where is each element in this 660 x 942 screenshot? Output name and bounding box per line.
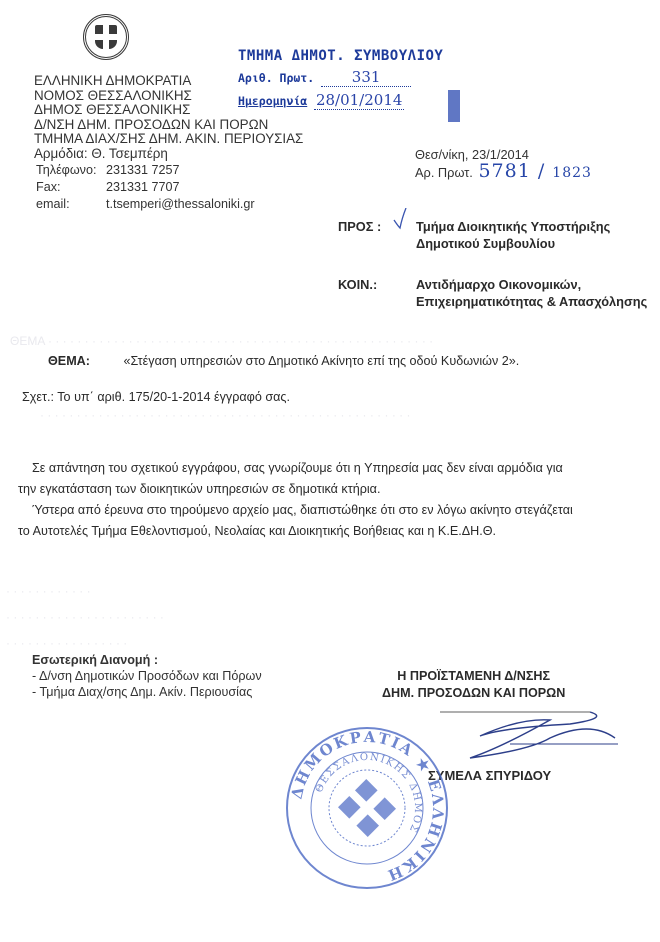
body-line: την εγκατάσταση των διοικητικών υπηρεσιώ…	[18, 479, 658, 500]
signature-title: Η ΠΡΟΪΣΤΑΜΕΝΗ Δ/ΝΣΗΣ ΔΗΜ. ΠΡΟΣΟΔΩΝ ΚΑΙ Π…	[382, 668, 565, 702]
body-line: Ύστερα από έρευνα στο τηρούμενο αρχείο μ…	[18, 500, 658, 521]
stamp-date-label: Ημερομηνία	[238, 94, 307, 108]
stamp-protocol-label: Αριθ. Πρωτ.	[238, 71, 314, 85]
distribution-item: - Δ/νση Δημοτικών Προσόδων και Πόρων	[32, 668, 262, 684]
contact-label: Fax:	[36, 179, 106, 196]
show-through-text: · · · · · · · · · · · ·	[6, 584, 91, 598]
letterhead-line: Δ/ΝΣΗ ΔΗΜ. ΠΡΟΣΟΔΩΝ ΚΑΙ ΠΟΡΩΝ	[34, 118, 303, 133]
stamp-protocol-value: 331	[352, 68, 381, 86]
distribution-item: - Τμήμα Διαχ/σης Δημ. Ακίν. Περιουσίας	[32, 684, 262, 700]
stamp-date: Ημερομηνία 28/01/2014	[238, 91, 443, 110]
greek-coat-of-arms-icon	[83, 14, 129, 60]
show-through-text: · · · · · · · · · · · · · · · · · · · · …	[40, 408, 411, 422]
letterhead-line: Αρμόδια: Θ. Τσεμπέρη	[34, 147, 303, 162]
email-link[interactable]: t.tsemperi@thessaloniki.gr	[106, 196, 255, 213]
protocol-label: Αρ. Πρωτ.	[415, 165, 473, 180]
contact-value: 231331 7257	[106, 162, 180, 179]
show-through-text: ΘΕΜΑ · · · · · · · · · · · · · · · · · ·…	[10, 334, 433, 348]
contact-label: Τηλέφωνο:	[36, 162, 106, 179]
stamp-title: ΤΜΗΜΑ ΔΗΜΟΤ. ΣΥΜΒΟΥΛΙΟΥ	[238, 48, 443, 64]
contact-email: email: t.tsemperi@thessaloniki.gr	[36, 196, 255, 213]
to-label: ΠΡΟΣ :	[338, 218, 408, 235]
cc-line: Επιχειρηματικότητας & Απασχόλησης	[416, 293, 647, 310]
protocol-number: Αρ. Πρωτ. 5781 / 1823	[415, 163, 592, 182]
subject: ΘΕΜΑ: «Στέγαση υπηρεσιών στο Δημοτικό Ακ…	[48, 354, 519, 368]
official-seal-icon: ΔΗΜΟΚΡΑΤΙΑ ★ ΕΛΛΗΝΙΚΗ ΘΕΣΣΑΛΟΝΙΚΗΣ ΔΗΜΟΣ	[282, 720, 452, 895]
received-stamp: ΤΜΗΜΑ ΔΗΜΟΤ. ΣΥΜΒΟΥΛΙΟΥ Αριθ. Πρωτ. 331 …	[238, 48, 443, 110]
body-line: το Αυτοτελές Τμήμα Εθελοντισμού, Νεολαία…	[18, 521, 658, 542]
stamp-date-value: 28/01/2014	[316, 91, 402, 109]
contact-phone: Τηλέφωνο: 231331 7257	[36, 162, 255, 179]
cc-label: ΚΟΙΝ.:	[338, 276, 377, 293]
to-line: Τμήμα Διοικητικής Υποστήριξης	[416, 218, 610, 235]
contact-label: email:	[36, 196, 106, 213]
letter-body: Σε απάντηση του σχετικού εγγράφου, σας γ…	[18, 458, 658, 542]
internal-distribution: Εσωτερική Διανομή : - Δ/νση Δημοτικών Πρ…	[32, 652, 262, 700]
to-line: Δημοτικού Συμβουλίου	[416, 235, 610, 252]
show-through-text: · · · · · · · · · · · · · · · · · · · · …	[6, 610, 164, 624]
contact-details: Τηλέφωνο: 231331 7257 Fax: 231331 7707 e…	[36, 162, 255, 214]
letterhead-line: ΤΜΗΜΑ ΔΙΑΧ/ΣΗΣ ΔΗΜ. ΑΚΙΝ. ΠΕΡΙΟΥΣΙΑΣ	[34, 132, 303, 147]
cc-line: Αντιδήμαρχο Οικονομικών,	[416, 276, 647, 293]
dateline: Θεσ/νίκη, 23/1/2014 Αρ. Πρωτ. 5781 / 182…	[415, 146, 592, 182]
stamp-ink-smudge	[448, 90, 460, 122]
distribution-heading: Εσωτερική Διανομή :	[32, 652, 262, 668]
protocol-suffix: 1823	[552, 165, 592, 181]
subject-label: ΘΕΜΑ:	[48, 354, 120, 368]
show-through-text: · · · · · · · · · · · · · · · · ·	[6, 636, 127, 650]
stamp-protocol: Αριθ. Πρωτ. 331	[238, 68, 443, 87]
handwritten-signature	[440, 698, 620, 768]
reference: Σχετ.: Το υπ΄ αριθ. 175/20-1-2014 έγγραφ…	[22, 390, 290, 404]
subject-text: «Στέγαση υπηρεσιών στο Δημοτικό Ακίνητο …	[124, 354, 520, 368]
contact-value: 231331 7707	[106, 179, 180, 196]
protocol-main: 5781	[478, 160, 530, 182]
body-line: Σε απάντηση του σχετικού εγγράφου, σας γ…	[18, 458, 658, 479]
contact-fax: Fax: 231331 7707	[36, 179, 255, 196]
signature-title-line: Η ΠΡΟΪΣΤΑΜΕΝΗ Δ/ΝΣΗΣ	[382, 668, 565, 685]
